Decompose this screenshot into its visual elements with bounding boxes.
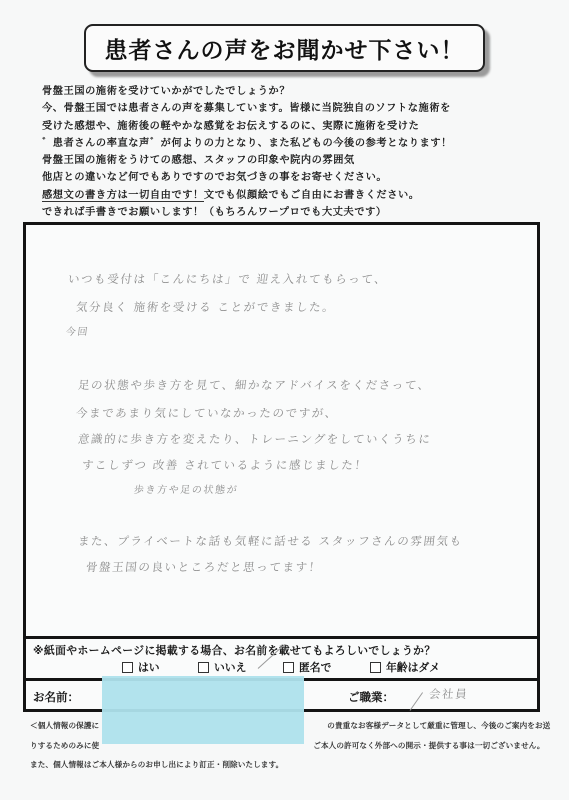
handwritten-line: 骨盤王国の良いところだと思ってます！	[85, 559, 322, 575]
checkbox[interactable]	[198, 662, 209, 673]
option-label: はい	[138, 660, 160, 675]
handwritten-line: 足の状態や歩き方を見て、細かなアドバイスをくださって、	[77, 377, 432, 393]
checkbox[interactable]	[122, 662, 133, 673]
feedback-form-box: いつも受付は「こんにちは」で 迎え入れてもらって、 気分良く 施術を受ける こと…	[23, 222, 540, 712]
intro-text-rest: 文でも似顔絵でもご自由にお書きください。	[204, 190, 420, 201]
occupation-label: ご職業：	[348, 689, 394, 705]
option-yes[interactable]: はい	[122, 660, 198, 675]
privacy-line: また、個人情報はご本人様からのお申し出により訂正・削除いたします。	[30, 755, 550, 775]
intro-line: できれば手書きでお願いします！（もちろんワープロでも大丈夫です）	[42, 204, 542, 221]
handwritten-line: いつも受付は「こんにちは」で 迎え入れてもらって、	[67, 271, 388, 287]
title-banner: 患者さんの声をお聞かせ下さい！	[84, 24, 485, 72]
handwritten-line: 意識的に歩き方を変えたり、トレーニングをしていくうちに	[77, 431, 432, 447]
handwritten-line: すこしずつ 改善 されているように感じました！	[81, 457, 368, 473]
option-no[interactable]: いいえ	[198, 660, 283, 675]
option-label: いいえ	[214, 660, 246, 675]
intro-line: ゛患者さんの率直な声゛が何よりの力となり、また私どもの今後の参考となります！	[42, 135, 542, 152]
intro-line: 骨盤王国の施術を受けていかがでしたでしょうか？	[42, 83, 542, 100]
option-label: 匿名で	[299, 660, 331, 675]
redaction-overlay	[102, 676, 304, 744]
consent-options: はい いいえ 匿名で 年齢はダメ	[122, 660, 440, 675]
intro-text: 骨盤王国の施術を受けていかがでしたでしょうか？ 今、骨盤王国では患者さんの声を募…	[42, 83, 542, 221]
checkbox[interactable]	[283, 662, 294, 673]
intro-line: 骨盤王国の施術をうけての感想、スタッフの印象や院内の雰囲気	[42, 152, 542, 169]
underlined-text: 感想文の書き方は一切自由です！	[42, 190, 204, 202]
handwritten-line: また、プライベートな話も気軽に話せる スタッフさんの雰囲気も	[77, 533, 463, 549]
intro-line: 他店との違いなど何でもありですのでお気づきの事をお寄せください。	[42, 169, 542, 186]
occupation-value[interactable]: 会社員	[428, 686, 469, 702]
page-title: 患者さんの声をお聞かせ下さい！	[84, 24, 485, 72]
option-anonymous[interactable]: 匿名で	[283, 660, 370, 675]
intro-line: 受けた感想や、施術後の軽やかな感覚をお伝えするのに、実際に施術を受けた	[42, 118, 542, 135]
comment-area[interactable]: いつも受付は「こんにちは」で 迎え入れてもらって、 気分良く 施術を受ける こと…	[26, 225, 537, 636]
consent-question: ※紙面やホームページに掲載する場合、お名前を載せてもよろしいでしょうか？	[33, 643, 436, 658]
option-label: 年齢はダメ	[386, 660, 440, 675]
name-label: お名前：	[33, 689, 79, 705]
intro-line-underlined: 感想文の書き方は一切自由です！文でも似顔絵でもご自由にお書きください。	[42, 187, 542, 204]
option-no-age[interactable]: 年齢はダメ	[370, 660, 440, 675]
intro-line: 今、骨盤王国では患者さんの声を募集しています。皆様に当院独自のソフトな施術を	[42, 100, 542, 117]
handwritten-insert: 歩き方や足の状態が	[133, 481, 239, 496]
handwritten-line: 今まであまり気にしていなかったのですが、	[75, 405, 339, 421]
handwritten-line: 気分良く 施術を受ける ことができました。	[75, 299, 336, 315]
handwritten-insert: 今回	[65, 323, 90, 338]
checkbox[interactable]	[370, 662, 381, 673]
feedback-form-page: 患者さんの声をお聞かせ下さい！ 骨盤王国の施術を受けていかがでしたでしょうか？ …	[0, 0, 569, 800]
